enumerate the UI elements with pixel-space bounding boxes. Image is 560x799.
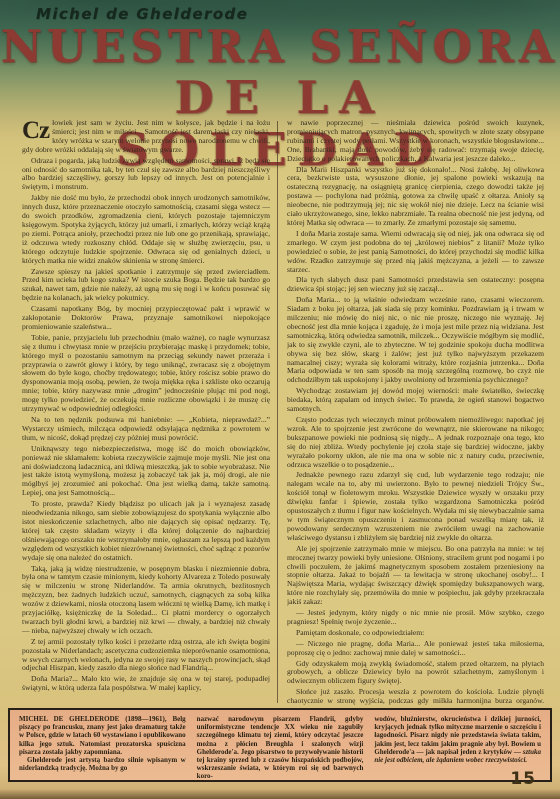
bio-paragraph: wodów, bluźnierstw, okrucieństwa i dziki… (374, 715, 541, 764)
magazine-page: Michel de Ghelderode NUESTRA SEÑORA DE L… (0, 0, 560, 799)
drop-cap: Cz (22, 120, 49, 141)
paragraph: Uniknąwszy tego niebezpieczeństwa, mogę … (22, 445, 270, 498)
title-line-1: NUESTRA SEÑORA (0, 22, 560, 72)
paragraph: Pamiętam doskonale, co odpowiedziałem: (287, 629, 544, 638)
paragraph: Doña Maria... to ją właśnie odwiedzam wc… (287, 296, 544, 385)
paragraph: Gdy odzyskałem moją zwykłą świadomość, s… (287, 660, 544, 687)
paragraph: Tobie, panie, przyjacielu lub przechodni… (22, 334, 270, 414)
bio-paragraph: Ghelderode jest artystą bardzo silnie wp… (19, 756, 186, 772)
paragraph: To proste, prawda? Kiedy błądzisz po uli… (22, 500, 270, 562)
paragraph: w nawie poprzecznej — nieśmiała dziewica… (287, 119, 544, 164)
paragraph: Ale jej spojrzenie zatrzymało mnie w mie… (287, 545, 544, 607)
author-bio-box: MICHEL DE GHELDERODE (1898—1961), Belg p… (8, 708, 552, 782)
column-divider-rule (277, 121, 278, 703)
paragraph: Z tej armii pozostały tylko kości i prze… (22, 638, 270, 674)
paragraph: Czasami napotkany Bóg, by mocniej przypi… (22, 305, 270, 332)
paragraph: Często podczas tych wiecznych minut prób… (287, 416, 544, 469)
paragraph: Doña Maria?... Mało kto wie, że znajduje… (22, 675, 270, 693)
page-number: 15 (510, 771, 536, 788)
paragraph: Słońce już zaszło. Procesja weszła z pow… (287, 688, 544, 707)
bio-column-3: wodów, bluźnierstw, okrucieństwa i dziki… (374, 715, 541, 775)
paragraph: Wychodząc zostawiam jej dowód mojej wier… (287, 387, 544, 414)
bio-text: wodów, bluźnierstw, okrucieństwa i dziki… (374, 715, 541, 756)
paragraph: Taką, jaką ją widzę niestrudzenie, w pos… (22, 565, 270, 636)
paragraph: Dla Marii Hiszpanki wszystko już się dok… (287, 166, 544, 228)
bio-paragraph: nazwać narodowym pisarzem Flandrii, gdyb… (197, 715, 364, 781)
paragraph: Zawsze spieszy na jakieś spotkanie i zat… (22, 268, 270, 304)
paragraph: Na to ten nędznik podsuwa mi haniebnie: … (22, 416, 270, 443)
paragraph: I doña Maria zostaje sama. Wierni odwrac… (287, 230, 544, 275)
bio-column-1: MICHEL DE GHELDERODE (1898—1961), Belg p… (19, 715, 186, 775)
bio-paragraph: MICHEL DE GHELDERODE (1898—1961), Belg p… (19, 715, 186, 756)
paragraph: — Jesteś jedynym, który nigdy o nic mnie… (287, 609, 544, 627)
paragraph: Jednakże pewnego razu zdarzył się cud, l… (287, 471, 544, 542)
text-column-left: Człowiek jest sam w życiu. Jest nim w ko… (22, 119, 270, 705)
lead-text: łowiek jest sam w życiu. Jest nim w koły… (22, 119, 270, 154)
lead-paragraph: Człowiek jest sam w życiu. Jest nim w ko… (22, 119, 270, 155)
text-column-right: w nawie poprzecznej — nieśmiała dziewica… (287, 119, 544, 707)
paragraph: Dla tych słabych dusz pani Samotności pr… (287, 276, 544, 294)
bio-column-2: nazwać narodowym pisarzem Flandrii, gdyb… (197, 715, 364, 775)
paragraph: Jakby nie dość mu było, że przechodzi ob… (22, 194, 270, 265)
paragraph: — Niczego nie pragnę, doña Maria... Ale … (287, 640, 544, 658)
paragraph: Odraza i pogarda, jaką ludzie żywią wzgl… (22, 157, 270, 193)
